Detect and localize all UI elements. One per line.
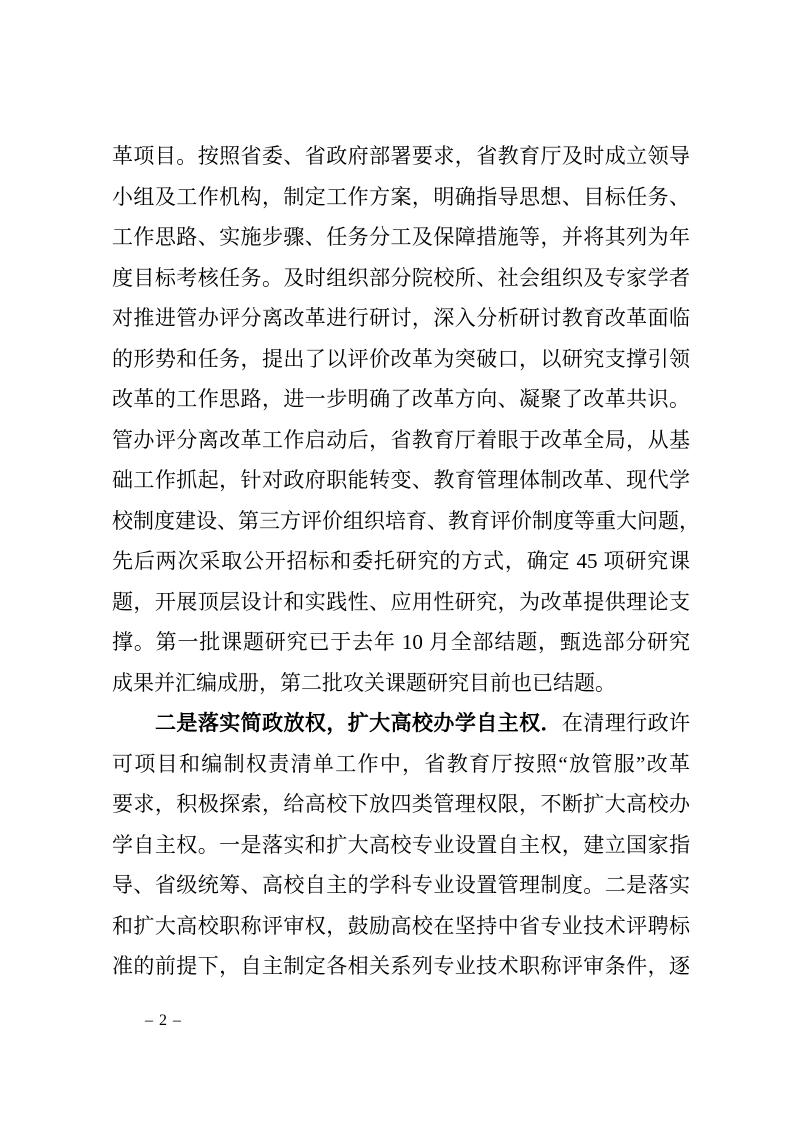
body-text-segment: 度目标考核任务。及时组织部分院校所、社会组织及专家学者	[112, 266, 690, 290]
body-text-segment: 管办评分离改革工作启动后，省教育厅着眼于改革全局，从基	[112, 428, 690, 452]
text-line: 改革的工作思路，进一步明确了改革方向、凝聚了改革共识。	[112, 379, 690, 420]
body-text-segment: 撑。第一批课题研究已于去年 10 月全部结题，甄选部分研究	[112, 630, 690, 654]
text-line: 础工作抓起，针对政府职能转变、教育管理体制改革、现代学	[112, 460, 690, 501]
text-line: 要求，积极探索，给高校下放四类管理权限，不断扩大高校办	[112, 784, 690, 825]
body-text-segment: 小组及工作机构，制定工作方案，明确指导思想、目标任务、	[112, 185, 690, 209]
text-line: 度目标考核任务。及时组织部分院校所、社会组织及专家学者	[112, 258, 690, 299]
body-text-segment: 革项目。按照省委、省政府部署要求，省教育厅及时成立领导	[112, 144, 690, 168]
text-line: 成果并汇编成册，第二批攻关课题研究目前也已结题。	[112, 663, 690, 704]
body-text-segment: 和扩大高校职称评审权，鼓励高校在坚持中省专业技术评聘标	[112, 914, 690, 938]
text-line: 对推进管办评分离改革进行研讨，深入分析研讨教育改革面临	[112, 298, 690, 339]
text-line: 学自主权。一是落实和扩大高校专业设置自主权，建立国家指	[112, 825, 690, 866]
text-line: 先后两次采取公开招标和委托研究的方式，确定 45 项研究课	[112, 541, 690, 582]
body-text-segment: 题，开展顶层设计和实践性、应用性研究，为改革提供理论支	[112, 590, 690, 614]
text-line: 和扩大高校职称评审权，鼓励高校在坚持中省专业技术评聘标	[112, 906, 690, 947]
body-text-segment: 可项目和编制权责清单工作中，省教育厅按照“放管服”改革	[112, 752, 690, 776]
text-line: 校制度建设、第三方评价组织培育、教育评价制度等重大问题，	[112, 501, 690, 542]
text-line: 工作思路、实施步骤、任务分工及保障措施等，并将其列为年	[112, 217, 690, 258]
body-text-segment: 改革的工作思路，进一步明确了改革方向、凝聚了改革共识。	[112, 387, 690, 411]
body-text-segment: 对推进管办评分离改革进行研讨，深入分析研讨教育改革面临	[112, 306, 690, 330]
text-line: 二是落实简政放权，扩大高校办学自主权．在清理行政许	[112, 703, 690, 744]
body-text-segment: 工作思路、实施步骤、任务分工及保障措施等，并将其列为年	[112, 225, 690, 249]
text-line: 撑。第一批课题研究已于去年 10 月全部结题，甄选部分研究	[112, 622, 690, 663]
text-line: 的形势和任务，提出了以评价改革为突破口，以研究支撑引领	[112, 339, 690, 380]
text-line: 导、省级统筹、高校自主的学科专业设置管理制度。二是落实	[112, 865, 690, 906]
body-text-segment: 导、省级统筹、高校自主的学科专业设置管理制度。二是落实	[112, 873, 690, 897]
body-text-segment: 础工作抓起，针对政府职能转变、教育管理体制改革、现代学	[112, 468, 690, 492]
body-text-segment: 要求，积极探索，给高校下放四类管理权限，不断扩大高校办	[112, 792, 690, 816]
body-text-segment: 先后两次采取公开招标和委托研究的方式，确定 45 项研究课	[112, 549, 690, 573]
text-line: 准的前提下，自主制定各相关系列专业技术职称评审条件，逐	[112, 946, 690, 987]
body-text-segment: 准的前提下，自主制定各相关系列专业技术职称评审条件，逐	[112, 954, 690, 978]
body-text-segment: 在清理行政许	[562, 711, 690, 735]
body-text-segment: 的形势和任务，提出了以评价改革为突破口，以研究支撑引领	[112, 347, 690, 371]
body-text: 革项目。按照省委、省政府部署要求，省教育厅及时成立领导小组及工作机构，制定工作方…	[112, 136, 690, 987]
text-line: 题，开展顶层设计和实践性、应用性研究，为改革提供理论支	[112, 582, 690, 623]
document-page: 革项目。按照省委、省政府部署要求，省教育厅及时成立领导小组及工作机构，制定工作方…	[0, 0, 794, 1123]
body-text-segment: 成果并汇编成册，第二批攻关课题研究目前也已结题。	[112, 671, 616, 695]
text-line: 可项目和编制权责清单工作中，省教育厅按照“放管服”改革	[112, 744, 690, 785]
text-line: 小组及工作机构，制定工作方案，明确指导思想、目标任务、	[112, 177, 690, 218]
text-line: 管办评分离改革工作启动后，省教育厅着眼于改革全局，从基	[112, 420, 690, 461]
body-text-segment: 学自主权。一是落实和扩大高校专业设置自主权，建立国家指	[112, 833, 690, 857]
page-number: – 2 –	[145, 1010, 182, 1032]
emphasis-text: 二是落实简政放权，扩大高校办学自主权．	[155, 712, 562, 735]
text-line: 革项目。按照省委、省政府部署要求，省教育厅及时成立领导	[112, 136, 690, 177]
body-text-segment: 校制度建设、第三方评价组织培育、教育评价制度等重大问题，	[112, 509, 700, 533]
